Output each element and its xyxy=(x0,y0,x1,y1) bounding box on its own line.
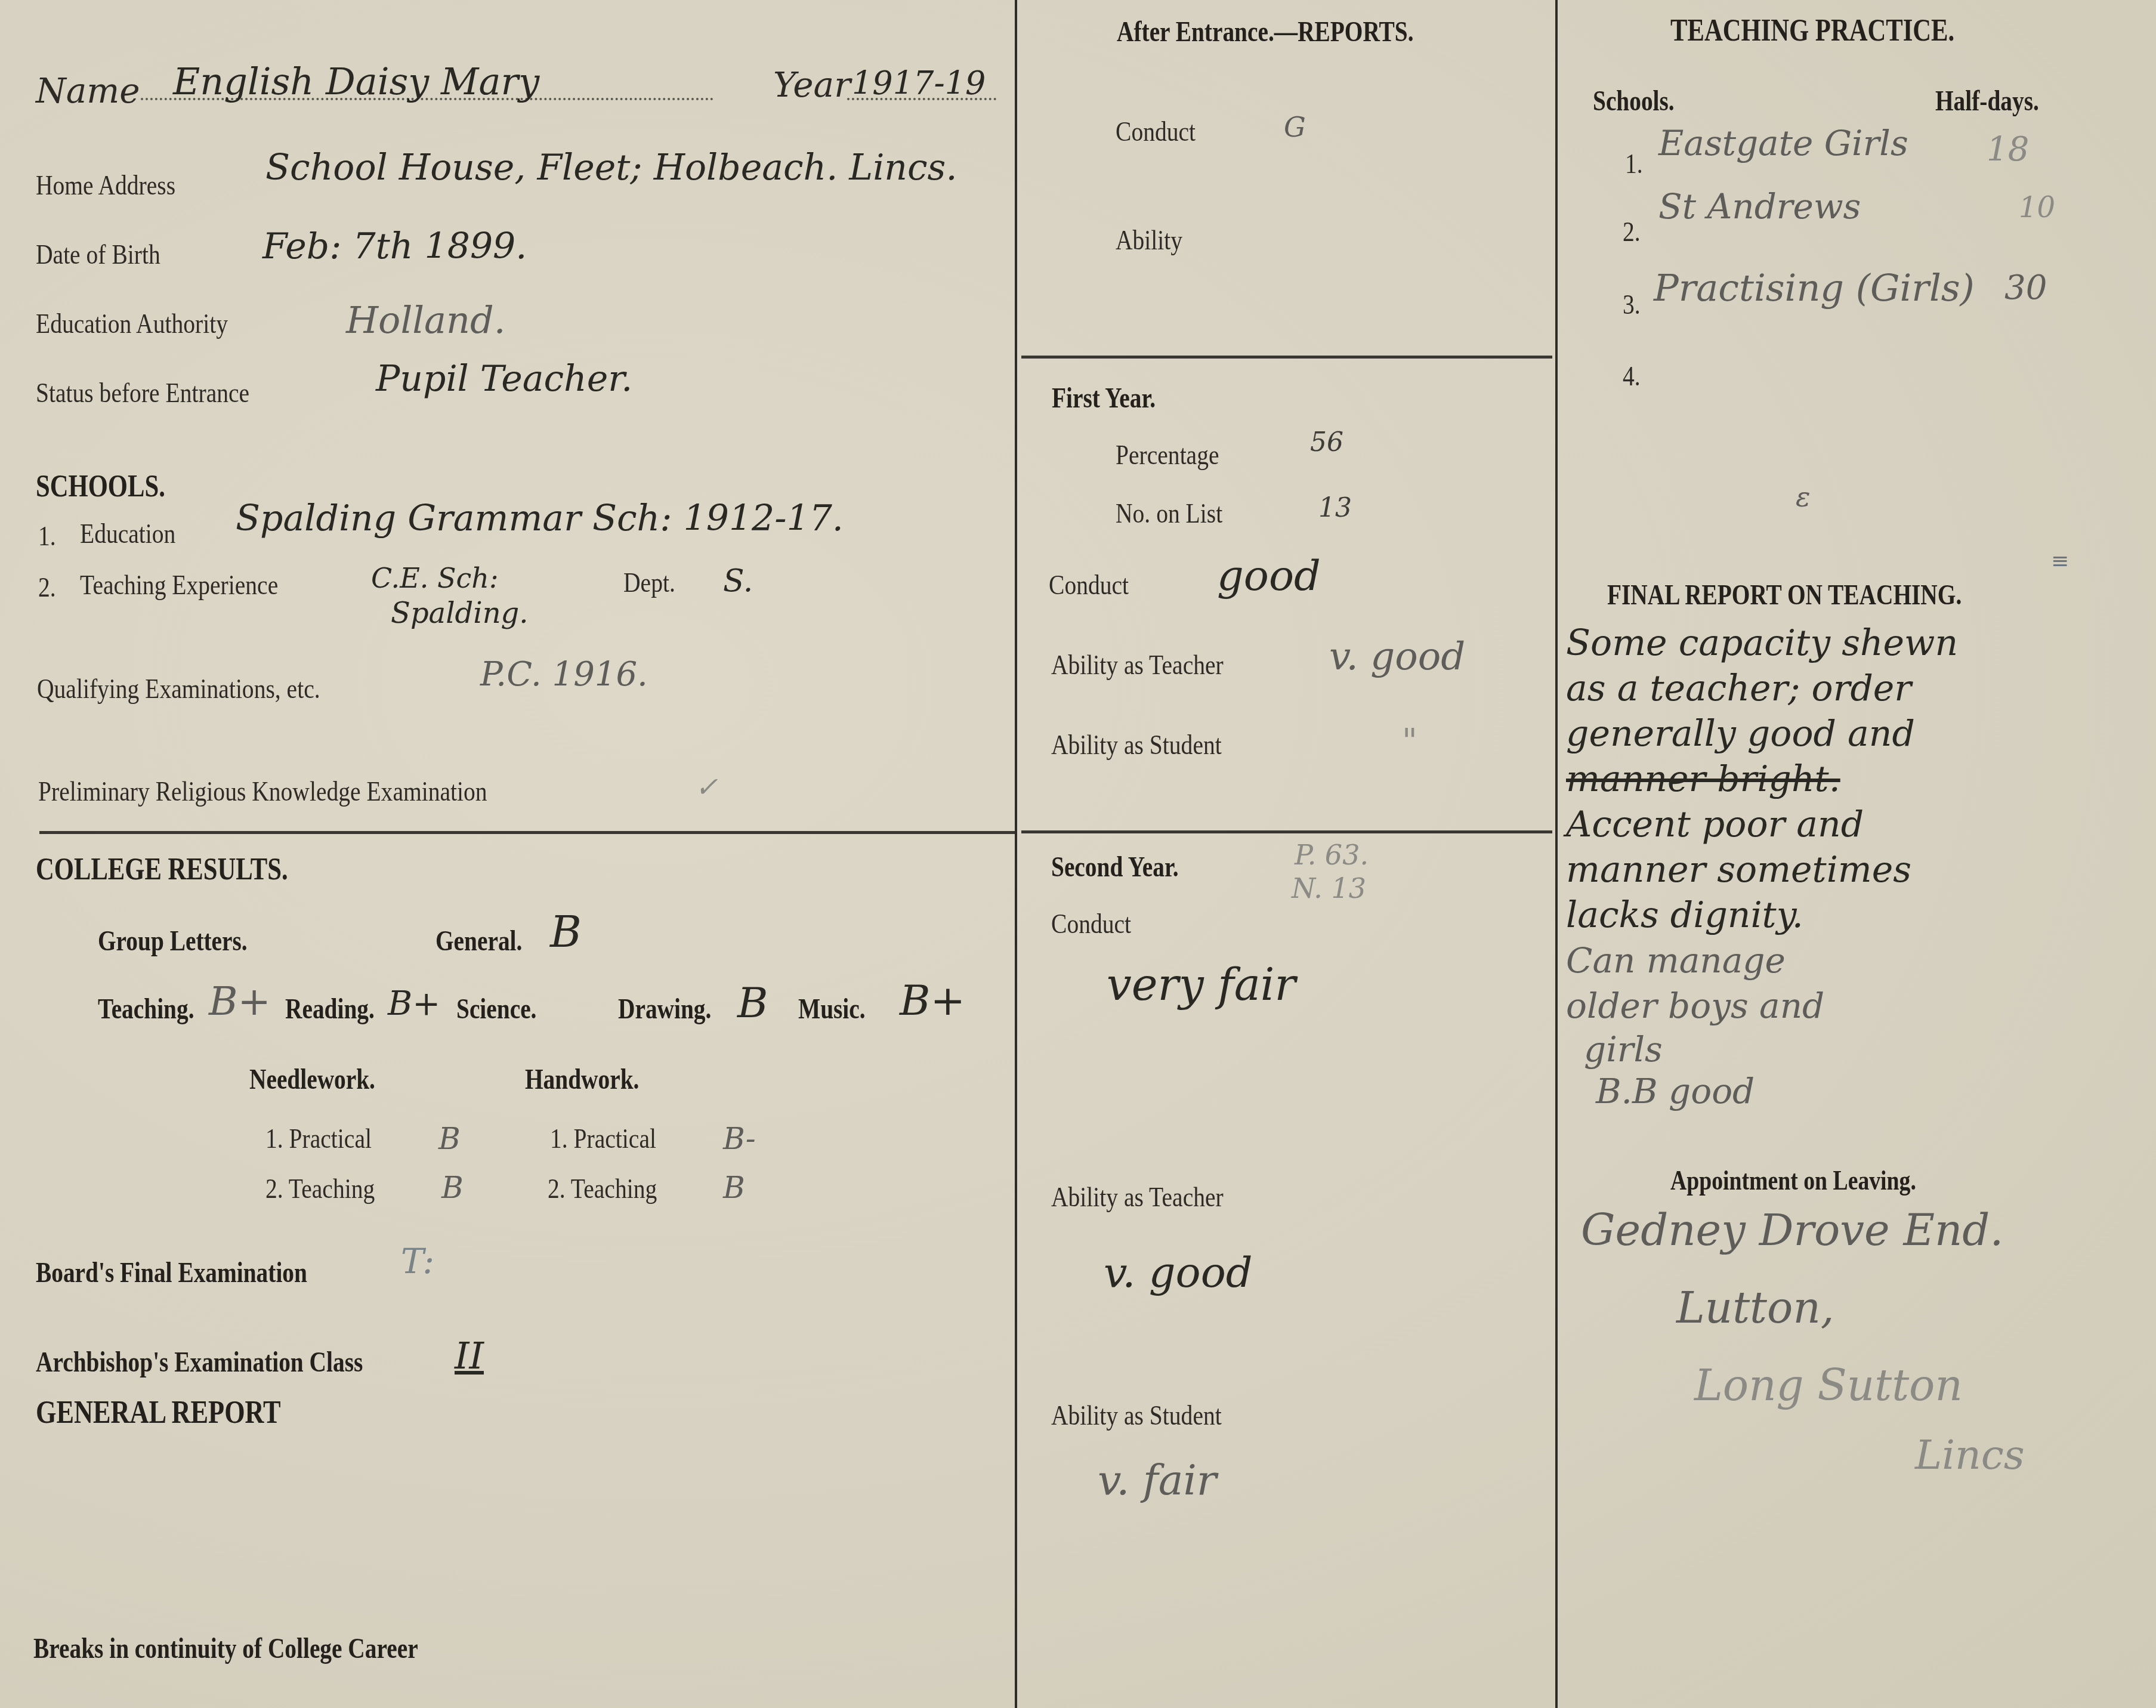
first-year-student-value: " xyxy=(1402,722,1417,761)
column-divider-left xyxy=(1015,0,1017,1708)
teaching-experience-value-line1: C.E. Sch: xyxy=(371,562,498,594)
final-report-text: Some capacity shewn as a teacher; order … xyxy=(1566,620,2151,1112)
college-results-heading: COLLEGE RESULTS. xyxy=(36,852,288,887)
handwork-practical-label: 1. Practical xyxy=(550,1123,656,1154)
teaching-experience-label: Teaching Experience xyxy=(80,569,278,601)
final-report-line: older boys and xyxy=(1566,983,2151,1028)
dob-label: Date of Birth xyxy=(36,239,160,270)
drawing-grade: B xyxy=(737,978,768,1027)
first-year-list-label: No. on List xyxy=(1116,498,1222,529)
entrance-conduct-value: G xyxy=(1284,111,1306,143)
final-report-heading: FINAL REPORT ON TEACHING. xyxy=(1607,579,1962,611)
entrance-conduct-label: Conduct xyxy=(1116,116,1196,147)
first-year-teacher-value: v. good xyxy=(1329,635,1465,679)
appointment-line: Gedney Drove End. xyxy=(1581,1205,2003,1255)
needlework-teaching-grade: B xyxy=(441,1170,464,1205)
practice-halfdays: 10 xyxy=(2019,191,2055,224)
status-label: Status before Entrance xyxy=(36,377,249,409)
music-grade-label: Music. xyxy=(798,993,866,1026)
teaching-experience-value-line2: Spalding. xyxy=(391,597,529,630)
teaching-grade-label: Teaching. xyxy=(98,993,194,1026)
final-report-line: Some capacity shewn xyxy=(1566,620,2151,666)
handwork-practical-grade: B- xyxy=(723,1122,756,1156)
boards-final-value: T: xyxy=(401,1241,434,1281)
needlework-practical-grade: B xyxy=(438,1122,461,1156)
dept-label: Dept. xyxy=(623,567,675,598)
music-grade: B+ xyxy=(900,976,965,1025)
final-report-line: Accent poor and xyxy=(1566,802,2151,847)
second-year-student-value: v. fair xyxy=(1098,1456,1216,1505)
home-address-label: Home Address xyxy=(36,169,175,201)
general-grade: B xyxy=(550,907,582,957)
second-year-note-percentage: P. 63. xyxy=(1295,839,1369,871)
teaching-grade: B+ xyxy=(209,978,271,1024)
education-authority-label: Education Authority xyxy=(36,308,228,339)
general-report-heading: GENERAL REPORT xyxy=(36,1394,281,1431)
first-year-conduct-value: good xyxy=(1217,551,1321,600)
status-value: Pupil Teacher. xyxy=(376,358,632,400)
left-section-divider xyxy=(39,831,1015,834)
reports-divider-1 xyxy=(1021,356,1552,359)
first-year-list-value: 13 xyxy=(1318,493,1352,523)
home-address-value: School House, Fleet; Holbeach. Lincs. xyxy=(265,147,957,189)
religious-exam-check: ✓ xyxy=(695,771,718,803)
margin-mark: ε xyxy=(1796,481,1811,513)
science-grade-label: Science. xyxy=(456,993,536,1026)
appointment-line: Long Sutton xyxy=(1694,1360,1963,1410)
teaching-practice-heading: TEACHING PRACTICE. xyxy=(1670,13,1954,48)
group-letters-label: Group Letters. xyxy=(98,925,248,958)
reading-grade-label: Reading. xyxy=(285,993,375,1026)
drawing-grade-label: Drawing. xyxy=(618,993,711,1026)
practice-school: St Andrews xyxy=(1658,186,1861,227)
first-year-teacher-label: Ability as Teacher xyxy=(1051,649,1224,681)
practice-halfdays: 18 xyxy=(1987,130,2029,169)
second-year-conduct-value: very fair xyxy=(1107,959,1296,1011)
appointment-heading: Appointment on Leaving. xyxy=(1670,1165,1916,1196)
general-label: General. xyxy=(435,925,522,958)
second-year-note-list: N. 13 xyxy=(1292,872,1366,904)
second-year-teacher-value: v. good xyxy=(1104,1248,1253,1297)
appointment-line: Lutton, xyxy=(1676,1283,1834,1333)
appointment-line: Lincs xyxy=(1915,1432,2025,1479)
needlework-teaching-label: 2. Teaching xyxy=(265,1173,375,1204)
education-value: Spalding Grammar Sch: 1912-17. xyxy=(236,498,844,539)
final-report-line: as a teacher; order xyxy=(1566,666,2151,711)
dob-value: Feb: 7th 1899. xyxy=(262,226,527,267)
archbishop-exam-label: Archbishop's Examination Class xyxy=(36,1346,363,1379)
religious-exam-label: Preliminary Religious Knowledge Examinat… xyxy=(38,776,487,807)
needlework-label: Needlework. xyxy=(249,1063,375,1096)
practice-row-number: 3. xyxy=(1623,289,1641,320)
schools-column-header: Schools. xyxy=(1593,85,1675,118)
dept-value: S. xyxy=(723,563,753,599)
second-year-student-label: Ability as Student xyxy=(1051,1400,1222,1431)
final-report-line: manner sometimes xyxy=(1566,847,2151,892)
first-year-student-label: Ability as Student xyxy=(1051,729,1222,761)
qualifying-value: P.C. 1916. xyxy=(480,655,648,694)
final-report-line: Can manage xyxy=(1566,938,2151,983)
reading-grade: B+ xyxy=(388,984,440,1023)
handwork-teaching-grade: B xyxy=(723,1170,745,1205)
practice-row-number: 4. xyxy=(1623,360,1641,392)
first-year-percentage-label: Percentage xyxy=(1116,439,1219,471)
breaks-in-continuity-label: Breaks in continuity of College Career xyxy=(33,1632,418,1665)
first-year-heading: First Year. xyxy=(1052,382,1156,415)
final-report-line: B.B good xyxy=(1566,1070,2151,1112)
final-report-line: generally good and xyxy=(1566,711,2151,756)
archbishop-exam-class: II xyxy=(455,1334,484,1377)
name-label: Name xyxy=(36,70,140,111)
second-year-conduct-label: Conduct xyxy=(1051,908,1131,940)
reports-divider-2 xyxy=(1021,830,1552,833)
practice-row-number: 2. xyxy=(1623,216,1641,248)
education-authority-value: Holland. xyxy=(346,298,505,342)
column-divider-right xyxy=(1555,0,1558,1708)
needlework-practical-label: 1. Practical xyxy=(265,1123,372,1154)
first-year-percentage-value: 56 xyxy=(1310,427,1343,458)
schools-heading: SCHOOLS. xyxy=(36,469,165,504)
education-number: 1. xyxy=(38,520,56,552)
qualifying-label: Qualifying Examinations, etc. xyxy=(37,673,320,705)
final-report-line: lacks dignity. xyxy=(1566,892,2151,938)
halfdays-column-header: Half-days. xyxy=(1935,85,2039,118)
first-year-conduct-label: Conduct xyxy=(1049,569,1129,601)
practice-school: Eastgate Girls xyxy=(1658,123,1908,163)
practice-row-number: 1. xyxy=(1625,148,1643,180)
practice-halfdays: 30 xyxy=(2004,268,2047,307)
entrance-ability-label: Ability xyxy=(1116,224,1182,256)
boards-final-label: Board's Final Examination xyxy=(36,1256,307,1289)
reports-heading: After Entrance.—REPORTS. xyxy=(1117,16,1413,48)
practice-school: Practising (Girls) xyxy=(1654,266,1975,310)
teaching-experience-number: 2. xyxy=(38,572,56,603)
second-year-heading: Second Year. xyxy=(1051,851,1179,884)
handwork-teaching-label: 2. Teaching xyxy=(548,1173,657,1204)
handwork-label: Handwork. xyxy=(525,1063,639,1096)
final-report-line: manner bright. xyxy=(1566,756,2151,802)
name-value: English Daisy Mary xyxy=(173,60,539,103)
second-year-teacher-label: Ability as Teacher xyxy=(1051,1181,1224,1213)
education-label: Education xyxy=(80,518,175,549)
year-label: Year xyxy=(773,64,851,105)
year-value: 1917-19 xyxy=(852,64,986,102)
ink-smudge: ≡ xyxy=(2051,549,2069,573)
final-report-line: girls xyxy=(1566,1028,2151,1070)
